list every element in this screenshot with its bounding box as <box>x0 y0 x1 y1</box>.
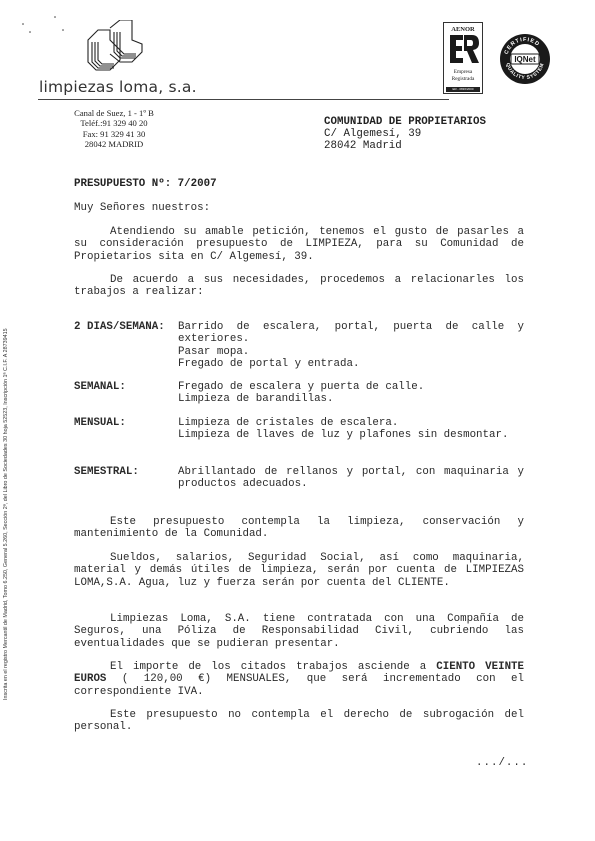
task-items: Barrido de escalera, portal, puerta de c… <box>178 321 524 370</box>
task-frequency: SEMESTRAL: <box>74 466 178 491</box>
task-item: Fregado de portal y entrada. <box>178 358 524 370</box>
intro-paragraph-1: Atendiendo su amable petición, tenemos e… <box>74 226 524 263</box>
task-item: Abrillantado de rellanos y portal, con m… <box>178 466 524 491</box>
address-street: Canal de Suez, 1 - 1º B <box>66 108 162 118</box>
intro-paragraph-2: De acuerdo a sus necesidades, procedemos… <box>74 274 524 299</box>
registry-info: Inscrita en el registro Mercantil de Mad… <box>3 240 9 700</box>
svg-text:IQNet: IQNet <box>514 55 536 64</box>
task-group-2-days-week: 2 DIAS/SEMANA: Barrido de escalera, port… <box>74 321 524 370</box>
task-item: Limpieza de barandillas. <box>178 393 524 405</box>
document-title: PRESUPUESTO Nº: 7/2007 <box>74 178 217 190</box>
task-item: Barrido de escalera, portal, puerta de c… <box>178 321 524 346</box>
er-mark-icon <box>448 33 480 65</box>
aenor-title: AENOR <box>444 26 482 33</box>
recipient-name: COMUNIDAD DE PROPIETARIOS <box>324 116 486 128</box>
address-fax: Fax: 91 329 41 30 <box>66 129 162 139</box>
greeting: Muy Señores nuestros: <box>74 202 210 214</box>
task-frequency: SEMANAL: <box>74 381 178 406</box>
address-phone: Teléf.:91 329 40 20 <box>66 118 162 128</box>
closing-paragraph-2: Sueldos, salarios, Seguridad Social, así… <box>74 552 524 589</box>
aenor-certification-badge: AENOR Empresa Registrada ER - 0836/2000 <box>443 22 483 94</box>
recipient-city: 28042 Madrid <box>324 140 486 152</box>
price-amount-number: ( 120,00 €) <box>122 673 211 685</box>
price-lead: El importe de los citados trabajos ascie… <box>110 661 426 673</box>
task-item: Fregado de escalera y puerta de calle. <box>178 381 524 393</box>
task-items: Limpieza de cristales de escalera. Limpi… <box>178 417 524 442</box>
recipient-block: COMUNIDAD DE PROPIETARIOS C/ Algemesí, 3… <box>324 116 486 153</box>
task-item: Limpieza de llaves de luz y plafones sin… <box>178 429 524 441</box>
header-divider <box>38 99 449 100</box>
task-group-semestral: SEMESTRAL: Abrillantado de rellanos y po… <box>74 466 524 491</box>
final-paragraph: Este presupuesto no contempla el derecho… <box>74 709 524 734</box>
company-logo-icon <box>84 20 148 78</box>
task-group-monthly: MENSUAL: Limpieza de cristales de escale… <box>74 417 524 442</box>
aenor-label: Empresa Registrada <box>444 69 482 83</box>
company-address: Canal de Suez, 1 - 1º B Teléf.:91 329 40… <box>66 108 162 149</box>
task-item: Limpieza de cristales de escalera. <box>178 417 524 429</box>
company-name: limpiezas loma, s.a. <box>39 78 197 96</box>
price-paragraph: El importe de los citados trabajos ascie… <box>74 661 524 698</box>
recipient-street: C/ Algemesí, 39 <box>324 128 486 140</box>
closing-paragraph-1: Este presupuesto contempla la limpieza, … <box>74 516 524 541</box>
closing-paragraph-3: Limpiezas Loma, S.A. tiene contratada co… <box>74 613 524 650</box>
continuation-mark: .../... <box>476 757 528 769</box>
aenor-code: ER - 0836/2000 <box>446 87 480 92</box>
task-item: Pasar mopa. <box>178 346 524 358</box>
task-items: Abrillantado de rellanos y portal, con m… <box>178 466 524 491</box>
task-frequency: 2 DIAS/SEMANA: <box>74 321 178 370</box>
address-city: 28042 MADRID <box>66 139 162 149</box>
task-items: Fregado de escalera y puerta de calle. L… <box>178 381 524 406</box>
iqnet-certified-icon: CERTIFIED QUALITY SYSTEM IQNet <box>499 33 551 85</box>
task-group-weekly: SEMANAL: Fregado de escalera y puerta de… <box>74 381 524 406</box>
task-frequency: MENSUAL: <box>74 417 178 442</box>
